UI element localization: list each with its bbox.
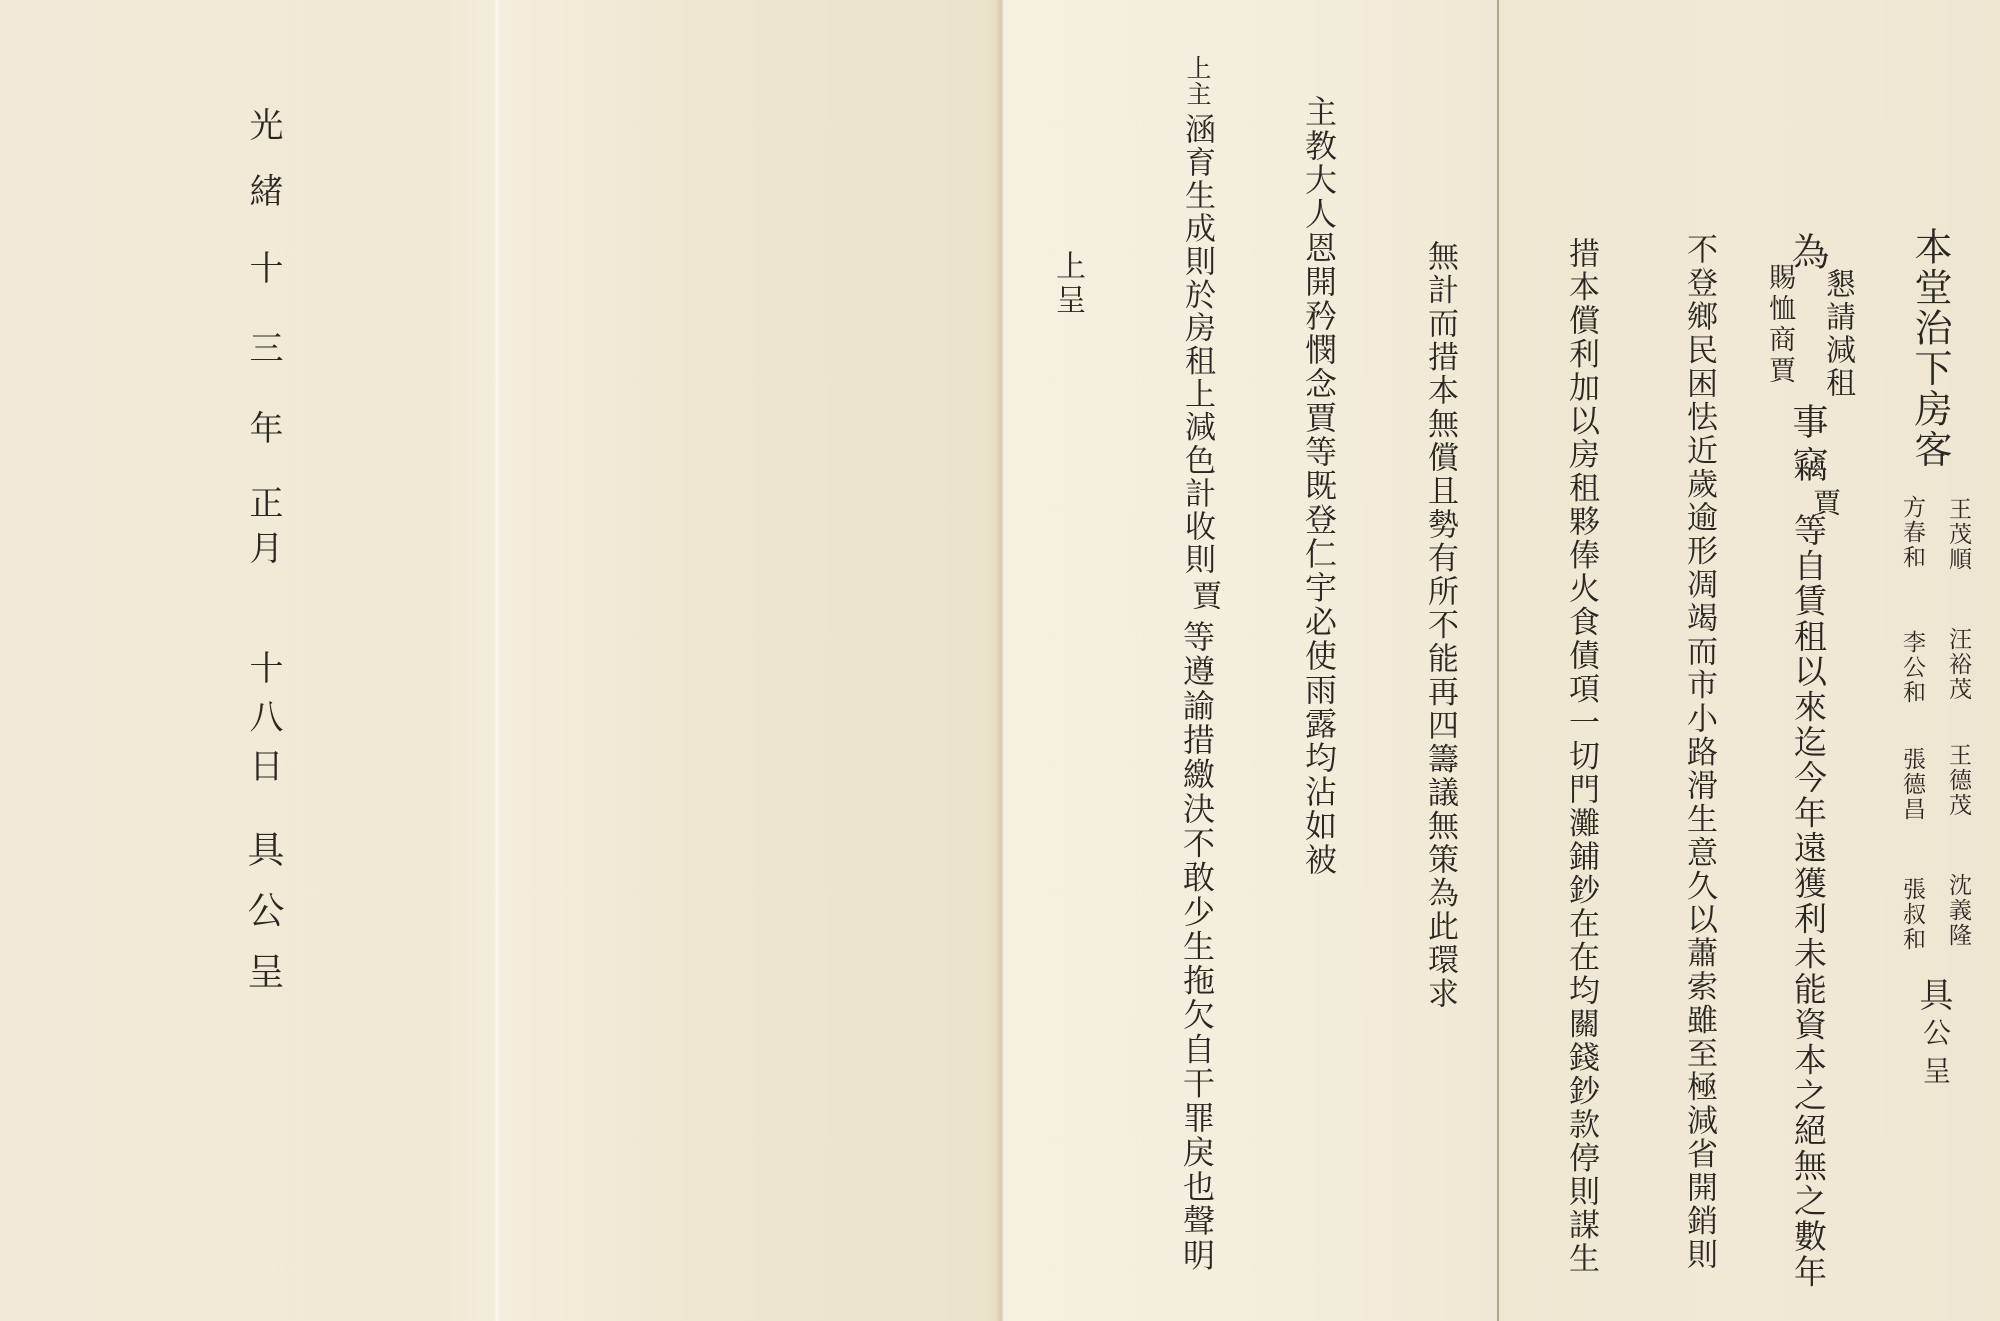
paper-panel-2 (497, 0, 1003, 1321)
date-day: 十八日 (246, 650, 280, 797)
petitioner-name: 王德茂 (1946, 743, 1969, 818)
document-title: 本堂治下房客 (1911, 227, 1949, 470)
date-year: 十三年 (246, 250, 280, 490)
paper-fold (494, 0, 500, 1321)
petitioner-signoff-gongcheng: 公呈 (1921, 1018, 1949, 1094)
body-line-4: 無計而措本無償且勢有所不能再四籌議無策為此環求 (1424, 240, 1455, 1011)
closing-elevated: 上主 (1185, 55, 1210, 107)
subject-request-right: 懇請減租 (1822, 268, 1852, 400)
closing-jia: 賈 (1188, 580, 1218, 610)
petitioner-name: 沈義隆 (1946, 873, 1969, 948)
body-line-5: 主教大人恩開矜憫念賈等既登仁宇必使雨露均沾如被 (1303, 95, 1335, 877)
elevated-note: 上呈 (1052, 250, 1082, 318)
body-line-1: 等自賃租以來迄今年遠獲利未能資本之絕無之數年 (1792, 513, 1825, 1290)
petitioner-name: 張德昌 (1900, 747, 1923, 822)
closing-part-2: 等遵諭措繳決不敢少生拖欠自干罪戾也聲明 (1181, 620, 1213, 1273)
date-signoff: 具公呈 (244, 830, 281, 1013)
petitioner-name: 方春和 (1900, 495, 1923, 570)
subject-jia: 賈 (1811, 488, 1839, 516)
petitioner-name: 王茂順 (1946, 497, 1969, 572)
body-line-2: 不登鄉民困怯近歲逾形凋竭而市小路滑生意久以蕭索雖至極減省開銷則 (1683, 233, 1714, 1272)
subject-shi-qie: 事竊 (1789, 403, 1825, 489)
paper-fold (996, 0, 1005, 1321)
closing-part-1: 涵育生成則於房租上減色計收則 (1181, 113, 1212, 576)
subject-request-left: 賜恤商賈 (1766, 263, 1793, 387)
body-line-3: 措本償利加以房租夥俸火食債項一切門灘鋪鈔在在均關錢鈔款停則謀生 (1565, 237, 1596, 1276)
date-month: 正月 (246, 485, 280, 575)
paper-fold-line (1497, 0, 1499, 1321)
petitioner-name: 汪裕茂 (1946, 627, 1969, 702)
date-era: 光緒 (246, 107, 280, 239)
petitioner-name: 張叔和 (1900, 877, 1923, 952)
petitioner-signoff-ju: 具 (1916, 977, 1950, 1011)
petitioner-name: 李公和 (1900, 630, 1923, 705)
